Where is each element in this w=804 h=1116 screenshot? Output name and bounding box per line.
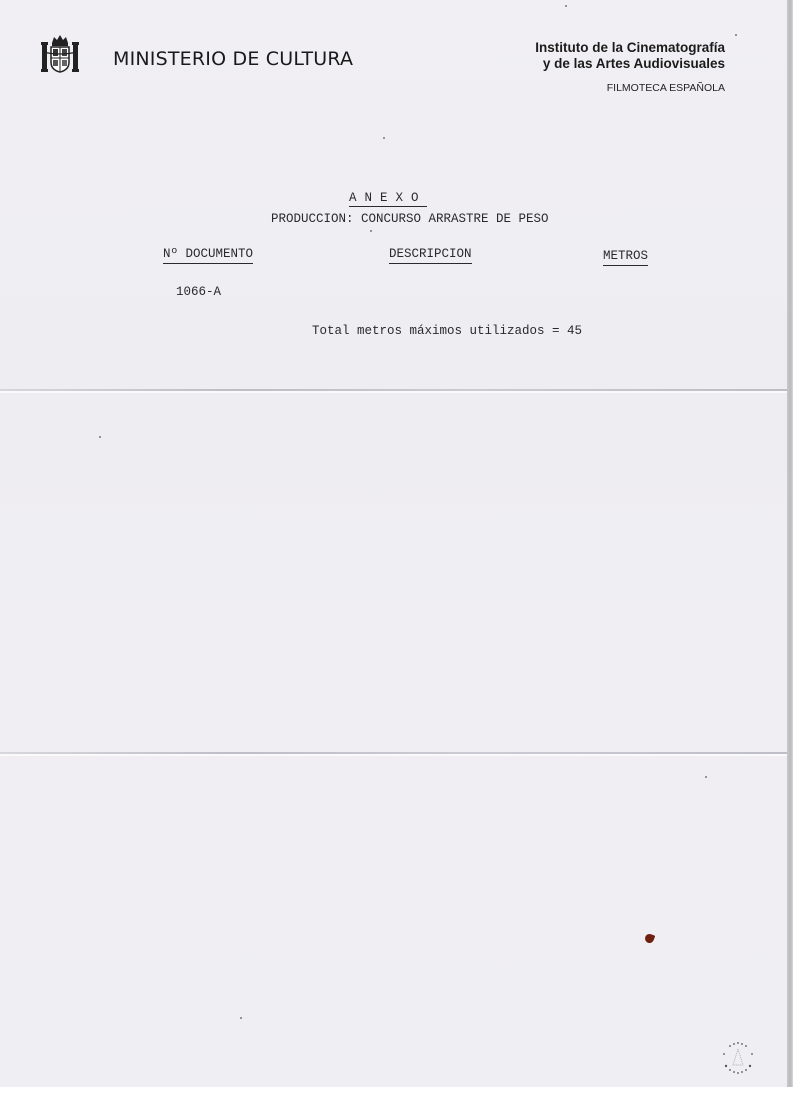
total-meters: Total metros máximos utilizados = 45 [312, 324, 582, 338]
ministry-name: MINISTERIO DE CULTURA [113, 48, 353, 70]
speck [565, 5, 567, 7]
fold-line [0, 752, 787, 754]
paper-edge-shadow [787, 0, 793, 1087]
institute-line-2: y de las Artes Audiovisuales [535, 56, 725, 72]
speck [735, 34, 737, 36]
speck [370, 230, 372, 232]
spanish-coat-of-arms-icon [38, 32, 82, 76]
table-row-documento: 1066-A [176, 285, 221, 299]
department-name: FILMOTECA ESPAÑOLA [607, 82, 725, 94]
fold-line [0, 389, 787, 391]
institute-name: Instituto de la Cinematografía y de las … [535, 40, 725, 72]
annex-title: ANEXO [349, 191, 427, 207]
document-page: MINISTERIO DE CULTURA Instituto de la Ci… [0, 0, 787, 1087]
speck [383, 137, 385, 139]
column-header-documento: Nº DOCUMENTO [163, 247, 253, 264]
institute-line-1: Instituto de la Cinematografía [535, 40, 725, 56]
speck [99, 436, 101, 438]
column-header-descripcion: DESCRIPCION [389, 247, 472, 264]
embossed-stamp-icon [720, 1040, 756, 1076]
ink-stain [644, 933, 656, 945]
production-title: PRODUCCION: CONCURSO ARRASTRE DE PESO [271, 212, 549, 226]
speck [705, 776, 707, 778]
column-header-metros: METROS [603, 249, 648, 266]
speck [240, 1017, 242, 1019]
